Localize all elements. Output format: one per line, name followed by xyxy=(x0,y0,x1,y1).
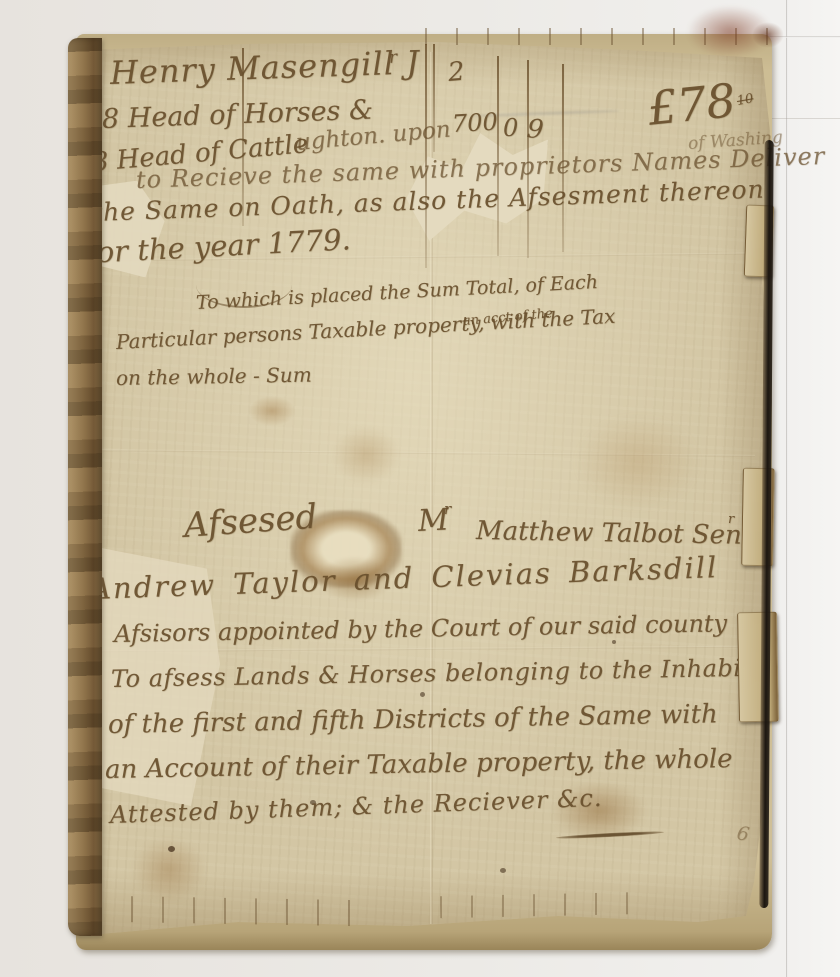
stain xyxy=(575,415,700,510)
value-column-2: 0 xyxy=(503,114,518,142)
stain xyxy=(248,396,296,426)
ink-speck xyxy=(420,692,425,697)
stain xyxy=(332,426,400,484)
book-spine-edge xyxy=(68,38,102,936)
value-column-1: 700 xyxy=(451,108,498,138)
scanner-crease-horizontal xyxy=(760,118,840,119)
assessor-name-talbot-superscript: r xyxy=(728,512,734,527)
honorific-superscript: r xyxy=(444,500,451,518)
value-column-3: 9 xyxy=(526,114,545,145)
torn-page-tab xyxy=(737,612,779,723)
ink-speck xyxy=(168,846,175,852)
page-number: 2 xyxy=(447,57,466,88)
assessor-name-talbot: Matthew Talbot Sen xyxy=(476,516,742,551)
stain xyxy=(752,22,784,48)
ruled-tick-marks-bottom-left xyxy=(100,896,362,927)
ink-speck xyxy=(612,640,616,644)
total-amount-superscript: 10 xyxy=(736,91,755,109)
ruled-tick-marks-bottom-middle xyxy=(440,892,652,918)
ink-speck xyxy=(500,868,506,873)
total-amount: £78 xyxy=(645,73,738,136)
sum-note-line-3: on the whole - Sum xyxy=(116,363,312,390)
taxpayer-name-suffix: r xyxy=(388,47,398,68)
